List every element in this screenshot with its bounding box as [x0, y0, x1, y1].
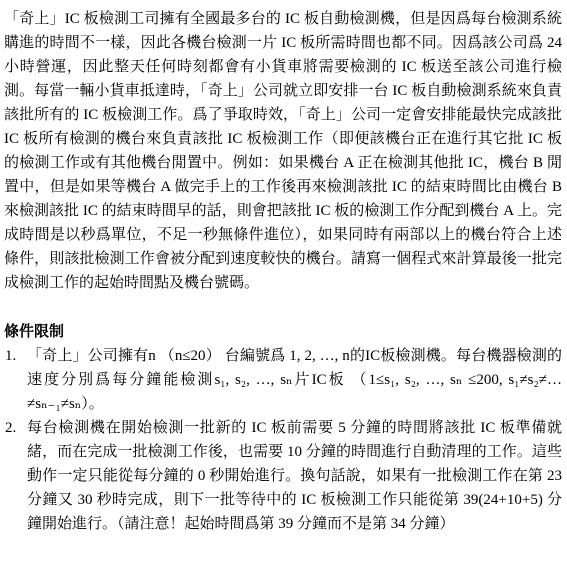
constraint-item-2: 2. 每台檢測機在開始檢測一批新的 IC 板前需要 5 分鐘的時間將該批 IC …	[4, 416, 562, 536]
constraint-number: 2.	[5, 416, 16, 440]
constraints-list: 1. 「奇上」公司擁有n （n≤20） 台編號爲 1, 2, …, n的IC板檢…	[4, 344, 562, 536]
intro-paragraph: 「奇上」IC 板檢測工司擁有全國最多台的 IC 板自動檢測機，但是因爲每台檢測系…	[4, 7, 562, 295]
document-page: 「奇上」IC 板檢測工司擁有全國最多台的 IC 板自動檢測機，但是因爲每台檢測系…	[0, 0, 567, 582]
constraint-item-1: 1. 「奇上」公司擁有n （n≤20） 台編號爲 1, 2, …, n的IC板檢…	[4, 344, 562, 416]
constraint-number: 1.	[5, 344, 16, 368]
constraint-text: 每台檢測機在開始檢測一批新的 IC 板前需要 5 分鐘的時間將該批 IC 板準備…	[27, 420, 562, 532]
constraints-heading: 條件限制	[4, 320, 562, 344]
constraint-text: 「奇上」公司擁有n （n≤20） 台編號爲 1, 2, …, n的IC板檢測機。…	[27, 348, 562, 412]
